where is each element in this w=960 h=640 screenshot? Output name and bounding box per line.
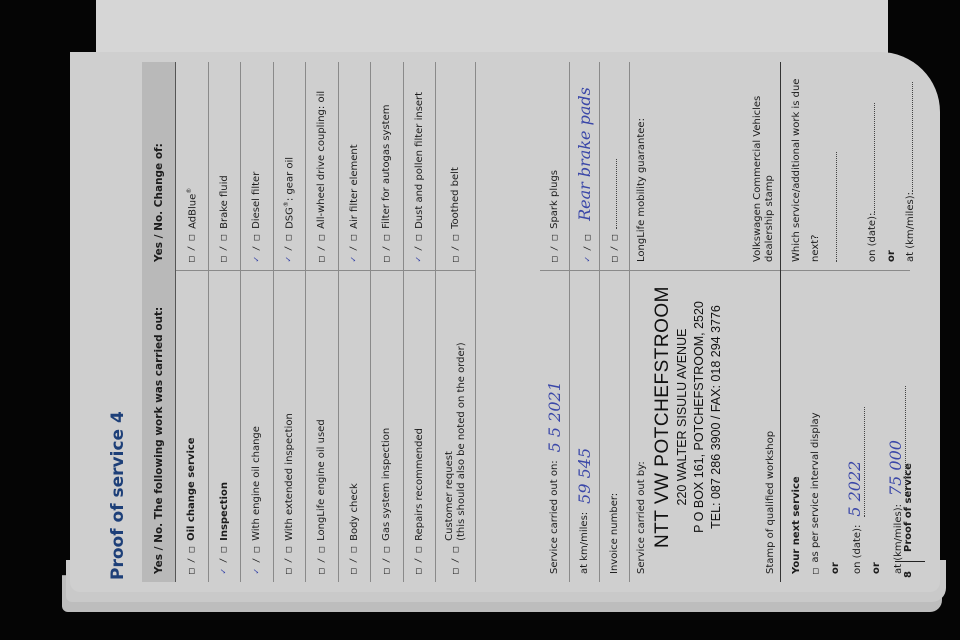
table-header: Yes / No. The following work was carried… (142, 62, 176, 582)
change-item-label: All-wheel drive coupling: oil (316, 91, 327, 229)
interval-checkbox[interactable]: □ (811, 569, 821, 574)
next-service-section: Your next service □as per service interv… (780, 62, 910, 582)
checkbox-work-2[interactable]: ✓ / □ (252, 547, 262, 574)
checkbox-work-6[interactable]: □ / □ (382, 547, 392, 574)
checkbox-change-6[interactable]: □ / □ (382, 235, 392, 262)
change-item-label: Air filter element (349, 144, 360, 229)
change-item-label: AdBlue® (186, 188, 198, 229)
dealer-stamp-label: Volkswagen Commercial Vehicles dealershi… (752, 62, 776, 262)
checkbox-change-8[interactable]: □ / □ (451, 235, 461, 262)
page-footer: 8 Proof of service (895, 52, 925, 592)
service-date-value[interactable]: 5 5 2021 (545, 381, 564, 452)
change-item-label: Toothed belt (450, 167, 461, 229)
workshop-stamp-label: Stamp of qualified workshop (765, 431, 776, 574)
workshop-stamp: NTT VW POTCHEFSTROOM 220 WALTER SISULU A… (652, 272, 725, 562)
table-row: □ / □Body check✓ / □Air filter element (339, 62, 372, 582)
change-item-label: Diesel filter (251, 172, 262, 229)
table-row: □ / □Oil change service□ / □AdBlue® (176, 62, 209, 582)
change-item-label: DSG®: gear oil (283, 157, 295, 229)
mobility-guarantee-label: LongLife mobility guarantee: (636, 70, 647, 262)
table-row: □ / □Repairs recommended✓ / □Dust and po… (404, 62, 437, 582)
footer-label: Proof of service (903, 463, 914, 552)
header-change-of: Yes / No. Change of: (153, 62, 165, 270)
checkbox-change-2[interactable]: ✓ / □ (252, 235, 262, 262)
checkbox-work-8[interactable]: □ / □ (451, 547, 461, 574)
page-content: Proof of service 4 Yes / No. The followi… (70, 52, 940, 592)
checkbox-change-4[interactable]: □ / □ (317, 235, 327, 262)
change-item-label (616, 159, 617, 229)
invoice-label: Invoice number: (609, 493, 620, 574)
change-item-label: Rear brake pads (575, 87, 594, 221)
invoice-row: Invoice number: □ / □ (600, 62, 630, 582)
header-work-carried-out: Yes / No. The following work was carried… (153, 270, 165, 582)
stamp-name: NTT VW POTCHEFSTROOM (652, 272, 674, 562)
change-item-label: Spark plugs (549, 170, 560, 229)
service-km-label: at km/miles: (579, 512, 590, 574)
service-date-label: Service carried out on: (549, 460, 560, 574)
checkbox-change-0[interactable]: □ / □ (187, 235, 197, 262)
checkbox-work-5[interactable]: □ / □ (349, 547, 359, 574)
table-row: □ / □Customer request(this should also b… (436, 62, 476, 582)
stamp-address2: P O BOX 161, POTCHEFSTROOM, 2520 (691, 272, 708, 562)
work-item-label: With engine oil change (251, 426, 263, 541)
checkbox-change-3[interactable]: ✓ / □ (284, 235, 294, 262)
work-item-label: Inspection (219, 482, 231, 541)
checkbox-work-4[interactable]: □ / □ (317, 547, 327, 574)
table-row: □ / □LongLife engine oil used□ / □All-wh… (306, 62, 339, 582)
service-date-row: Service carried out on: 5 5 2021 □ / □Sp… (540, 62, 570, 582)
page-title: Proof of service 4 (108, 411, 128, 580)
which-service-field[interactable] (836, 152, 837, 262)
checkbox-work-1[interactable]: ✓ / □ (219, 547, 229, 574)
work-item-label: With extended inspection (284, 413, 296, 541)
right-date-label: on (date): (867, 213, 878, 262)
checkbox-change-11[interactable]: □ / □ (610, 235, 620, 262)
work-item-label: Oil change service (186, 437, 198, 541)
service-book-page: Proof of service 4 Yes / No. The followi… (70, 52, 940, 592)
table-row: □ / □Gas system inspection□ / □Filter fo… (371, 62, 404, 582)
right-date-field[interactable] (874, 103, 875, 213)
service-km-value[interactable]: 59 545 (575, 448, 594, 504)
checkbox-change-7[interactable]: ✓ / □ (414, 235, 424, 262)
which-service-label: Which service/additional work is due nex… (787, 70, 825, 262)
table-row: ✓ / □With engine oil change✓ / □Diesel f… (241, 62, 274, 582)
table-rows: □ / □Oil change service□ / □AdBlue®✓ / □… (176, 62, 476, 582)
work-item-label: Customer request(this should also be not… (444, 342, 467, 541)
change-item-label: Filter for autogas system (381, 105, 392, 229)
stamp-area: Service carried out by: NTT VW POTCHEFST… (630, 62, 780, 582)
or-label: or (826, 279, 845, 574)
checkbox-change-10[interactable]: ✓ / □ (583, 235, 593, 262)
footer-divider (895, 561, 925, 562)
change-item-label: Dust and pollen filter insert (414, 92, 425, 229)
service-details: Service carried out on: 5 5 2021 □ / □Sp… (540, 62, 910, 582)
work-table: Yes / No. The following work was carried… (142, 62, 476, 582)
stamp-address1: 220 WALTER SISULU AVENUE (674, 272, 691, 562)
next-date-value[interactable]: 5 2022 (845, 407, 865, 517)
back-page (96, 0, 888, 60)
checkbox-work-7[interactable]: □ / □ (414, 547, 424, 574)
page-number: 8 (903, 571, 914, 578)
work-item-label: Gas system inspection (381, 428, 393, 541)
table-row: □ / □With extended inspection✓ / □DSG®: … (274, 62, 307, 582)
checkbox-work-3[interactable]: □ / □ (284, 547, 294, 574)
stamp-phone: TEL: 087 286 3900 / FAX: 018 294 3776 (708, 272, 725, 562)
checkbox-change-1[interactable]: □ / □ (219, 235, 229, 262)
interval-option-label: as per service interval display (810, 412, 821, 562)
next-service-title: Your next service (787, 279, 806, 574)
work-item-label: Repairs recommended (414, 428, 426, 541)
carried-out-by-label: Service carried out by: (636, 279, 647, 574)
checkbox-work-0[interactable]: □ / □ (187, 547, 197, 574)
checkbox-change-5[interactable]: ✓ / □ (349, 235, 359, 262)
checkbox-change-9[interactable]: □ / □ (550, 235, 560, 262)
work-item-label: Body check (349, 483, 361, 541)
table-row: ✓ / □Inspection□ / □Brake fluid (209, 62, 242, 582)
service-km-row: at km/miles: 59 545 ✓ / □Rear brake pads (570, 62, 600, 582)
change-item-label: Brake fluid (219, 175, 230, 229)
or-label: or (867, 279, 886, 574)
next-date-label: on (date): (852, 525, 863, 574)
work-item-label: LongLife engine oil used (316, 419, 328, 541)
